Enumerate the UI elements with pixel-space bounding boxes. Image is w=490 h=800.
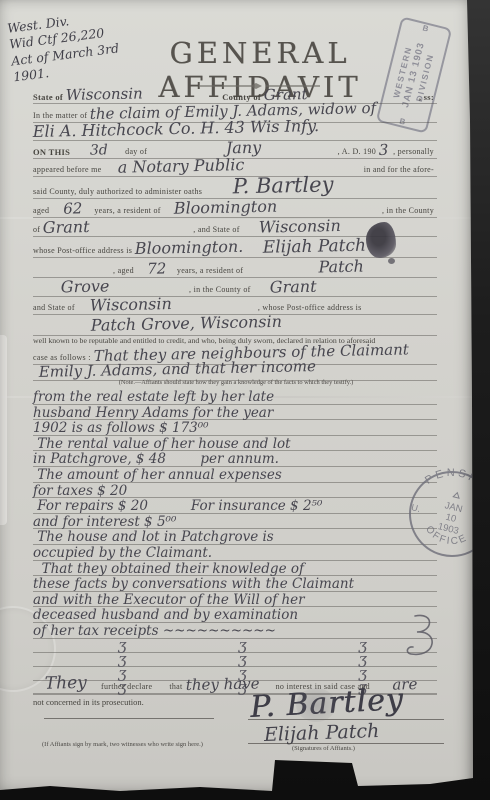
testimony-line: deceased husband and by examination: [33, 607, 437, 623]
testimony-line: The house and lot in Patchgrove is: [33, 529, 437, 545]
testimony-line: That they obtained their knowledge of: [33, 561, 437, 577]
aged2-label: , aged: [113, 267, 137, 277]
testimony-line: from the real estate left by her late: [33, 389, 437, 405]
county3-value: Grant: [253, 276, 437, 296]
declare-label: further declare: [101, 683, 155, 693]
pen-flourish: [401, 612, 447, 674]
affiant2-name-value: Elijah Patch: [253, 236, 437, 257]
ink-blot: [366, 222, 396, 258]
signature-line: [248, 743, 444, 744]
affiants-note: (Note.—Affiants should state how they ga…: [55, 379, 417, 386]
svg-text:PENSION: PENSION: [421, 459, 490, 502]
on-this-label: ON THIS: [33, 148, 73, 158]
resident2-label: years, a resident of: [177, 267, 246, 277]
signature-line: [248, 719, 444, 720]
they-value: They: [33, 675, 101, 693]
stamp-end-mark: B: [422, 23, 430, 33]
aged-label: aged: [33, 207, 52, 217]
state-of-label: State of: [33, 93, 66, 103]
ink-dot: [388, 258, 395, 264]
officer-signature-value: P. Bartley: [205, 172, 437, 198]
and-state-label: , and State of: [193, 226, 242, 236]
testimony-line: The amount of her annual expenses: [33, 467, 437, 483]
testimony-body: from the real estate left by her late hu…: [33, 389, 437, 695]
stamp-us-left: U.: [410, 502, 421, 514]
year-digit: 3: [379, 143, 393, 158]
prosecution-label: not concerned in its prosecution.: [33, 697, 144, 707]
stamp-arc-top-text: PENSION: [421, 459, 490, 502]
county2-value: Grant: [43, 217, 193, 236]
testimony-line: of her tax receipts ~~~~~~~~~~: [33, 623, 437, 639]
testimony-line: for taxes $ 20: [33, 483, 437, 499]
testimony-line: and for interest $ 5⁰⁰: [33, 514, 437, 530]
signatures-caption: (Signatures of Affiants.): [292, 745, 355, 752]
po1-value: Bloomington.: [135, 239, 253, 257]
state3-value: Wisconsin: [77, 294, 257, 314]
that-label: that: [155, 683, 185, 693]
witness-signature-line: [44, 718, 214, 719]
torn-paper-edge: [0, 335, 7, 525]
day-value: 3d: [73, 143, 125, 158]
personally-label: , personally: [393, 148, 437, 158]
po-address-label: whose Post-office address is: [33, 247, 135, 257]
testimony-line: occupied by the Claimant.: [33, 545, 437, 561]
pen-squiggle-row: ʒ ʒ ʒ: [33, 653, 437, 667]
testimony-line: in Patchgrove, $ 48 per annum.: [33, 451, 437, 467]
testimony-line: husband Henry Adams for the year: [33, 405, 437, 421]
testimony-line: For repairs $ 20 For insurance $ 2⁵⁰: [33, 498, 437, 514]
testimony-line: The rental value of her house and lot: [33, 436, 437, 452]
residence1-value: Bloomington: [163, 196, 381, 217]
ink-smudge: [296, 688, 336, 722]
age1-value: 62: [52, 201, 94, 217]
residence2a-value: Patch: [246, 257, 437, 277]
corner-note-line: 1901.: [12, 65, 49, 84]
form-row-po2: Patch Grove, Wisconsin: [33, 318, 437, 336]
form-row-age2: , aged 72 years, a resident of Patch: [33, 259, 437, 278]
stamp-caret-mark: [453, 492, 460, 498]
of-label: of: [33, 226, 43, 236]
residence2b-value: Grove: [33, 277, 189, 296]
state2-value: Wisconsin: [242, 216, 437, 236]
form-row-age1: aged 62 years, a resident of Bloomington…: [33, 200, 437, 218]
testimony-line: 1902 is as follows $ 173⁰⁰: [33, 420, 437, 436]
appeared-label: appeared before me: [33, 166, 104, 176]
testimony-line: these facts by conversations with the Cl…: [33, 576, 437, 592]
affidavit-page: West. Div. Wid Ctf 26,220 Act of March 3…: [0, 0, 477, 800]
stamp-us-right: S.: [486, 509, 490, 521]
age2-value: 72: [137, 261, 177, 277]
and-state2-label: and State of: [33, 304, 78, 314]
authorized-label: said County, duly authorized to administ…: [33, 188, 205, 198]
testimony-line: and with the Executor of the Will of her: [33, 592, 437, 608]
witness-note: (If Affiants sign by mark, two witnesses…: [42, 741, 203, 748]
resident-label: years, a resident of: [94, 207, 163, 217]
pen-squiggle-row: ʒ ʒ ʒ: [33, 639, 437, 653]
state-value: Wisconsin: [66, 85, 222, 103]
